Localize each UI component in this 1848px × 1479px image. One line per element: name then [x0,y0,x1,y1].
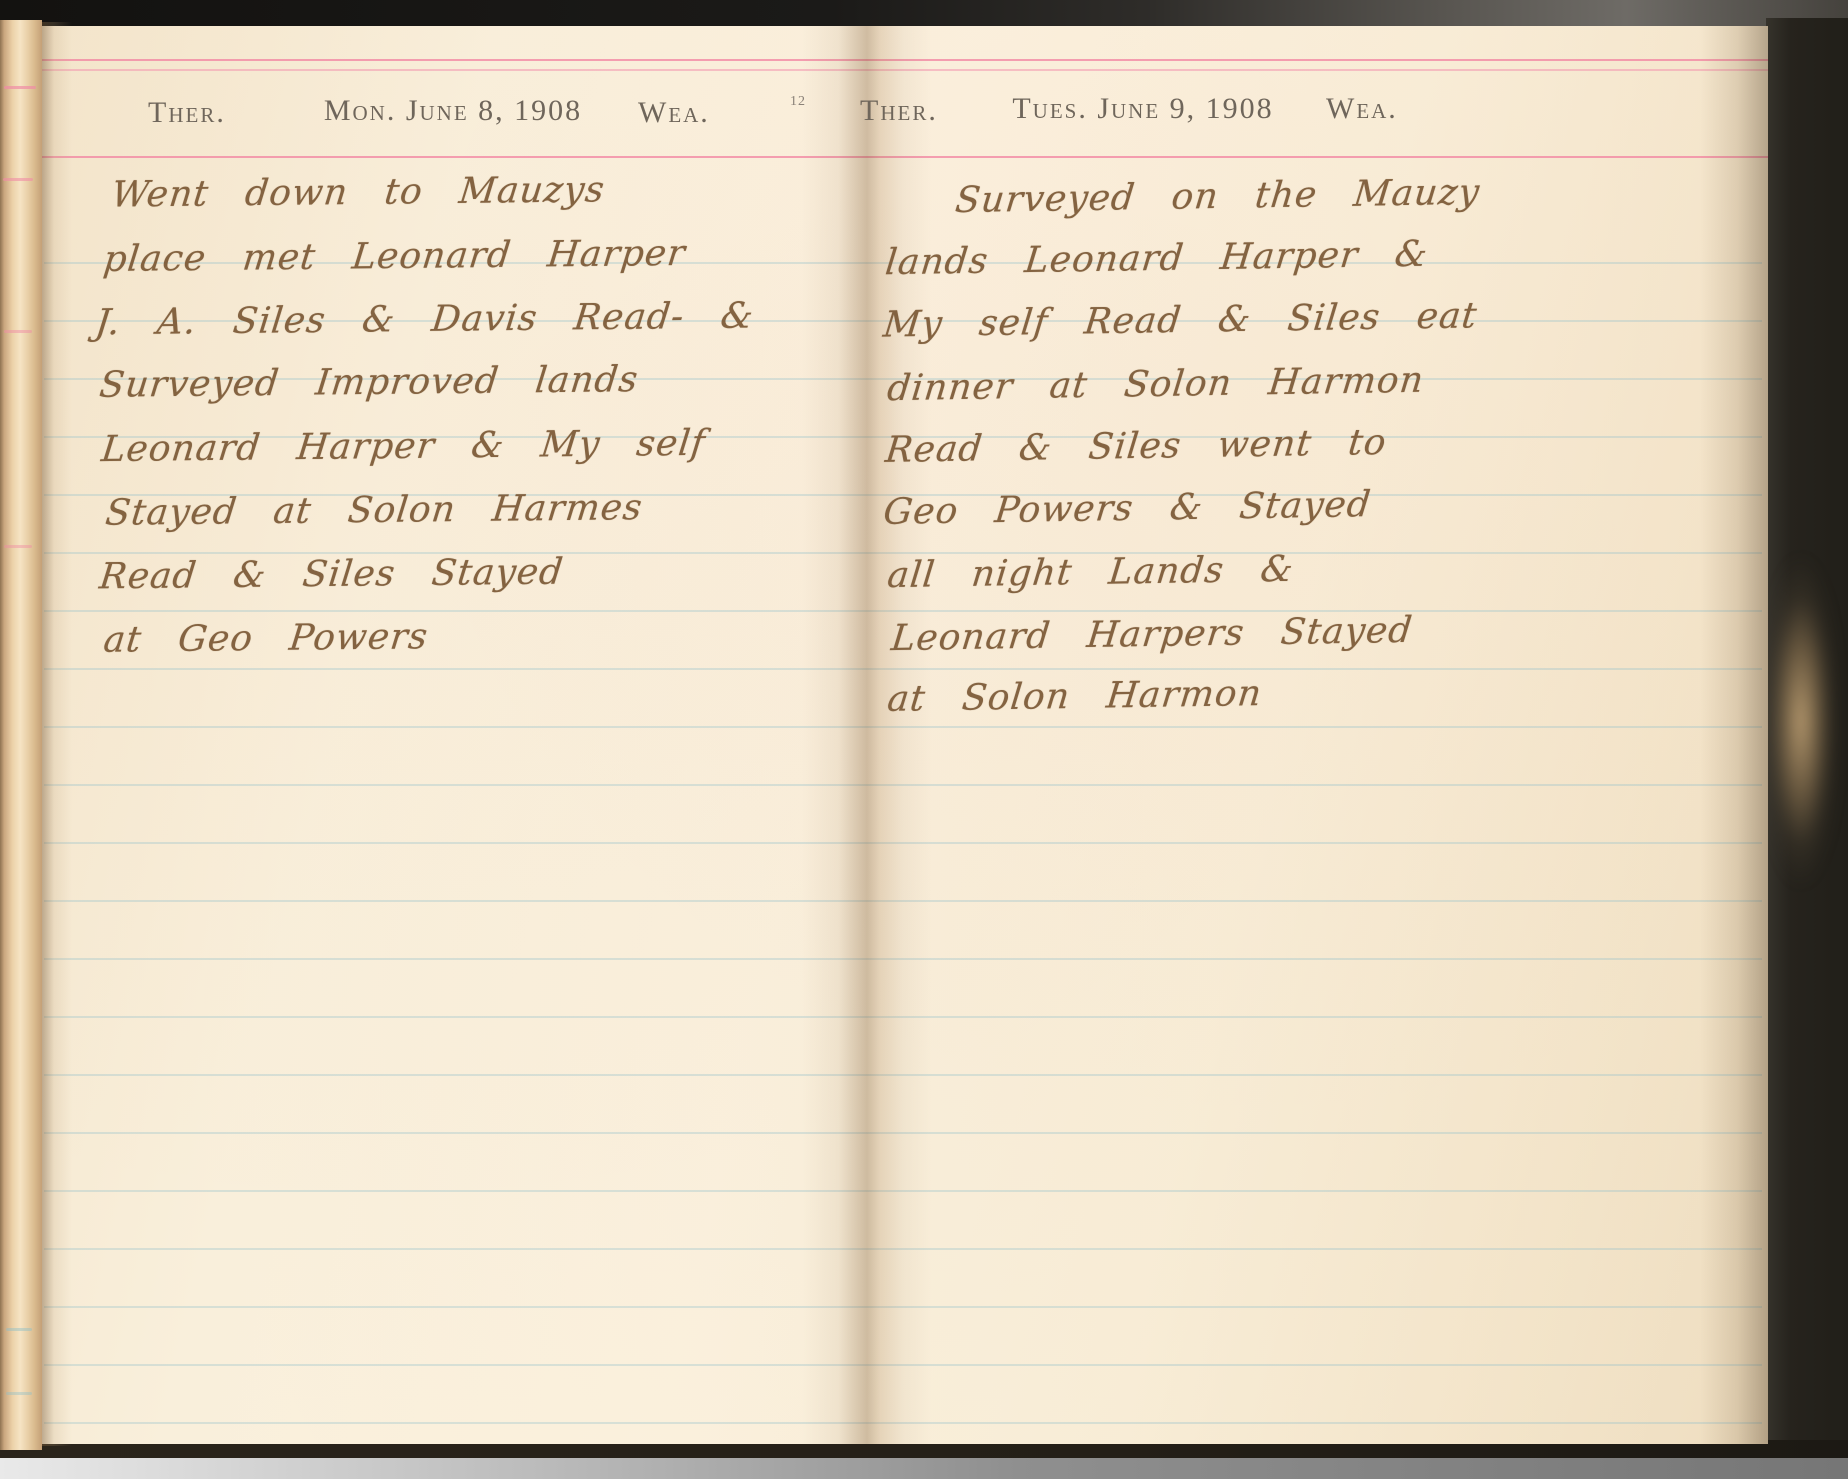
left-ther-label: Ther. [148,96,226,130]
diary-line: Geo Powers & Stayed [881,484,1373,533]
open-diary-pages: Ther. Mon. June 8, 1908 Wea. 12 Ther. Tu… [38,26,1768,1444]
diary-line: at Geo Powers [101,616,430,660]
edge-pink-tick [4,330,32,333]
photo-bottom-band [0,1458,1848,1479]
edge-pink-tick [3,178,33,181]
right-ther-label: Ther. [860,94,938,128]
edge-pink-tick [4,545,32,548]
diary-line: dinner at Solon Harmon [885,360,1426,409]
diary-line: lands Leonard Harper & [883,234,1430,283]
diary-line: J. A. Siles & Davis Read- & [93,296,756,344]
diary-line: Read & Siles Stayed [97,552,565,598]
left-page-edge-crease [42,22,72,1446]
diary-line: Stayed at Solon Harmes [103,487,644,534]
diary-photo: Ther. Mon. June 8, 1908 Wea. 12 Ther. Tu… [0,0,1848,1479]
left-date-heading: Mon. June 8, 1908 [288,94,618,128]
diary-line: all night Lands & [885,549,1295,596]
diary-line: place met Leonard Harper [101,233,687,280]
book-gutter-shadow [802,26,932,1444]
diary-line: Surveyed on the Mauzy [953,172,1482,221]
diary-line: Leonard Harpers Stayed [889,610,1414,659]
page-roll-highlight [1762,556,1848,886]
right-date-heading: Tues. June 9, 1908 [978,92,1308,126]
gutter-page-mark: 12 [790,94,806,110]
edge-pink-tick [4,86,36,89]
edge-blue-tick [6,1328,32,1331]
left-wea-label: Wea. [638,96,710,130]
diary-line: Leonard Harper & My self [99,423,707,470]
diary-line: Surveyed Improved lands [97,359,640,406]
left-page-edges [0,20,42,1450]
diary-line: at Solon Harmon [885,673,1264,720]
right-wea-label: Wea. [1326,92,1398,126]
photo-top-band [0,0,1848,26]
diary-line: Went down to Mauzys [109,169,607,215]
diary-line: Read & Siles went to [883,422,1388,471]
page-curl-shadow [1700,26,1768,1444]
edge-blue-tick [6,1392,32,1395]
